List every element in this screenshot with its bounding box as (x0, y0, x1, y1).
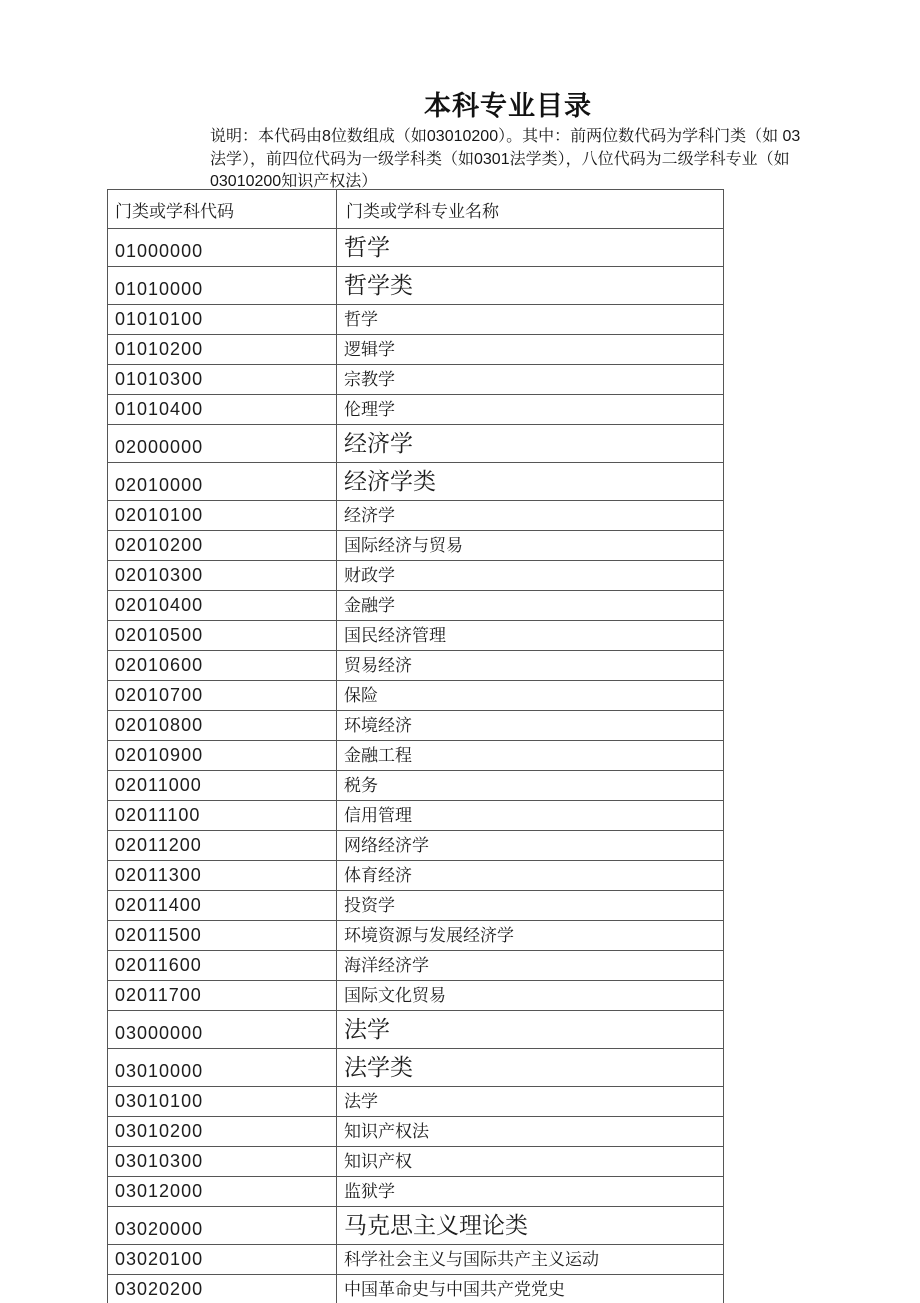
name-cell: 环境经济 (337, 711, 724, 741)
table-row: 02010700 保险 (108, 681, 724, 711)
table-row: 02010000 经济学类 (108, 463, 724, 501)
table-row: 03010300 知识产权 (108, 1147, 724, 1177)
table-header-row: 门类或学科代码 门类或学科专业名称 (108, 190, 724, 229)
code-cell: 02011600 (108, 951, 337, 981)
table-row: 02010500 国民经济管理 (108, 621, 724, 651)
name-cell: 法学 (337, 1087, 724, 1117)
name-cell: 监狱学 (337, 1177, 724, 1207)
code-cell: 02010900 (108, 741, 337, 771)
code-cell: 01010300 (108, 365, 337, 395)
name-cell: 贸易经济 (337, 651, 724, 681)
code-cell: 03012000 (108, 1177, 337, 1207)
code-cell: 03020000 (108, 1207, 337, 1245)
code-cell: 01010000 (108, 267, 337, 305)
code-cell: 02010500 (108, 621, 337, 651)
code-cell: 03010300 (108, 1147, 337, 1177)
name-cell: 体育经济 (337, 861, 724, 891)
table-row: 03010000 法学类 (108, 1049, 724, 1087)
table-row: 01010300 宗教学 (108, 365, 724, 395)
table-row: 03010200 知识产权法 (108, 1117, 724, 1147)
table-row: 02011600 海洋经济学 (108, 951, 724, 981)
table-row: 02000000 经济学 (108, 425, 724, 463)
table-row: 02011500 环境资源与发展经济学 (108, 921, 724, 951)
table-row: 02011400 投资学 (108, 891, 724, 921)
table-row: 02011700 国际文化贸易 (108, 981, 724, 1011)
code-cell: 02010400 (108, 591, 337, 621)
name-cell: 法学类 (337, 1049, 724, 1087)
code-cell: 02010200 (108, 531, 337, 561)
name-cell: 中国革命史与中国共产党党史 (337, 1275, 724, 1303)
name-cell: 金融工程 (337, 741, 724, 771)
name-cell: 保险 (337, 681, 724, 711)
table-row: 02010300 财政学 (108, 561, 724, 591)
name-cell: 海洋经济学 (337, 951, 724, 981)
table-row: 02010800 环境经济 (108, 711, 724, 741)
table-row: 03020000 马克思主义理论类 (108, 1207, 724, 1245)
code-cell: 01000000 (108, 229, 337, 267)
table-row: 03020100 科学社会主义与国际共产主义运动 (108, 1245, 724, 1275)
major-code-table: 门类或学科代码 门类或学科专业名称 01000000 哲学 01010000 哲… (107, 189, 724, 1303)
name-cell: 哲学 (337, 229, 724, 267)
code-cell: 03010100 (108, 1087, 337, 1117)
code-cell: 02010700 (108, 681, 337, 711)
name-cell: 信用管理 (337, 801, 724, 831)
name-cell: 哲学类 (337, 267, 724, 305)
name-cell: 哲学 (337, 305, 724, 335)
code-cell: 02010000 (108, 463, 337, 501)
name-cell: 经济学类 (337, 463, 724, 501)
code-cell: 02011000 (108, 771, 337, 801)
table-row: 02010900 金融工程 (108, 741, 724, 771)
name-cell: 国际文化贸易 (337, 981, 724, 1011)
table-row: 02011100 信用管理 (108, 801, 724, 831)
name-cell: 宗教学 (337, 365, 724, 395)
page-title: 本科专业目录 (210, 84, 806, 123)
column-header-name: 门类或学科专业名称 (337, 190, 724, 229)
code-cell: 03020100 (108, 1245, 337, 1275)
code-cell: 02010100 (108, 501, 337, 531)
table-row: 03012000 监狱学 (108, 1177, 724, 1207)
table-row: 01010100 哲学 (108, 305, 724, 335)
name-cell: 知识产权法 (337, 1117, 724, 1147)
table-row: 01010400 伦理学 (108, 395, 724, 425)
note: 说明：本代码由8位数组成（如03010200）。其中：前两位数代码为学科门类（如… (210, 126, 810, 194)
code-cell: 02000000 (108, 425, 337, 463)
name-cell: 经济学 (337, 425, 724, 463)
name-cell: 国民经济管理 (337, 621, 724, 651)
table-row: 02010100 经济学 (108, 501, 724, 531)
code-cell: 03010000 (108, 1049, 337, 1087)
code-cell: 02010600 (108, 651, 337, 681)
name-cell: 法学 (337, 1011, 724, 1049)
code-cell: 01010200 (108, 335, 337, 365)
name-cell: 经济学 (337, 501, 724, 531)
code-cell: 03020200 (108, 1275, 337, 1303)
table-row: 02010200 国际经济与贸易 (108, 531, 724, 561)
table-row: 02011000 税务 (108, 771, 724, 801)
code-cell: 02011300 (108, 861, 337, 891)
code-cell: 02010800 (108, 711, 337, 741)
table-row: 03020200 中国革命史与中国共产党党史 (108, 1275, 724, 1303)
name-cell: 税务 (337, 771, 724, 801)
code-cell: 01010100 (108, 305, 337, 335)
name-cell: 投资学 (337, 891, 724, 921)
table-row: 02010600 贸易经济 (108, 651, 724, 681)
name-cell: 财政学 (337, 561, 724, 591)
column-header-code: 门类或学科代码 (108, 190, 337, 229)
name-cell: 国际经济与贸易 (337, 531, 724, 561)
code-cell: 02010300 (108, 561, 337, 591)
name-cell: 金融学 (337, 591, 724, 621)
name-cell: 科学社会主义与国际共产主义运动 (337, 1245, 724, 1275)
name-cell: 环境资源与发展经济学 (337, 921, 724, 951)
table-row: 03010100 法学 (108, 1087, 724, 1117)
document-page: 本科专业目录 说明：本代码由8位数组成（如03010200）。其中：前两位数代码… (0, 0, 920, 1303)
code-cell: 03000000 (108, 1011, 337, 1049)
name-cell: 马克思主义理论类 (337, 1207, 724, 1245)
table-row: 02011200 网络经济学 (108, 831, 724, 861)
name-cell: 网络经济学 (337, 831, 724, 861)
table-row: 02011300 体育经济 (108, 861, 724, 891)
name-cell: 伦理学 (337, 395, 724, 425)
table-row: 01010000 哲学类 (108, 267, 724, 305)
code-cell: 01010400 (108, 395, 337, 425)
note-line: 说明：本代码由8位数组成（如03010200）。其中：前两位数代码为学科门类（如… (210, 126, 810, 149)
code-cell: 02011200 (108, 831, 337, 861)
name-cell: 逻辑学 (337, 335, 724, 365)
code-cell: 03010200 (108, 1117, 337, 1147)
table-row: 03000000 法学 (108, 1011, 724, 1049)
table-row: 01010200 逻辑学 (108, 335, 724, 365)
note-line: 法学），前四位代码为一级学科类（如0301法学类），八位代码为二级学科专业（如 (210, 149, 810, 172)
code-cell: 02011500 (108, 921, 337, 951)
code-cell: 02011100 (108, 801, 337, 831)
code-cell: 02011400 (108, 891, 337, 921)
table-row: 01000000 哲学 (108, 229, 724, 267)
code-cell: 02011700 (108, 981, 337, 1011)
name-cell: 知识产权 (337, 1147, 724, 1177)
table-row: 02010400 金融学 (108, 591, 724, 621)
